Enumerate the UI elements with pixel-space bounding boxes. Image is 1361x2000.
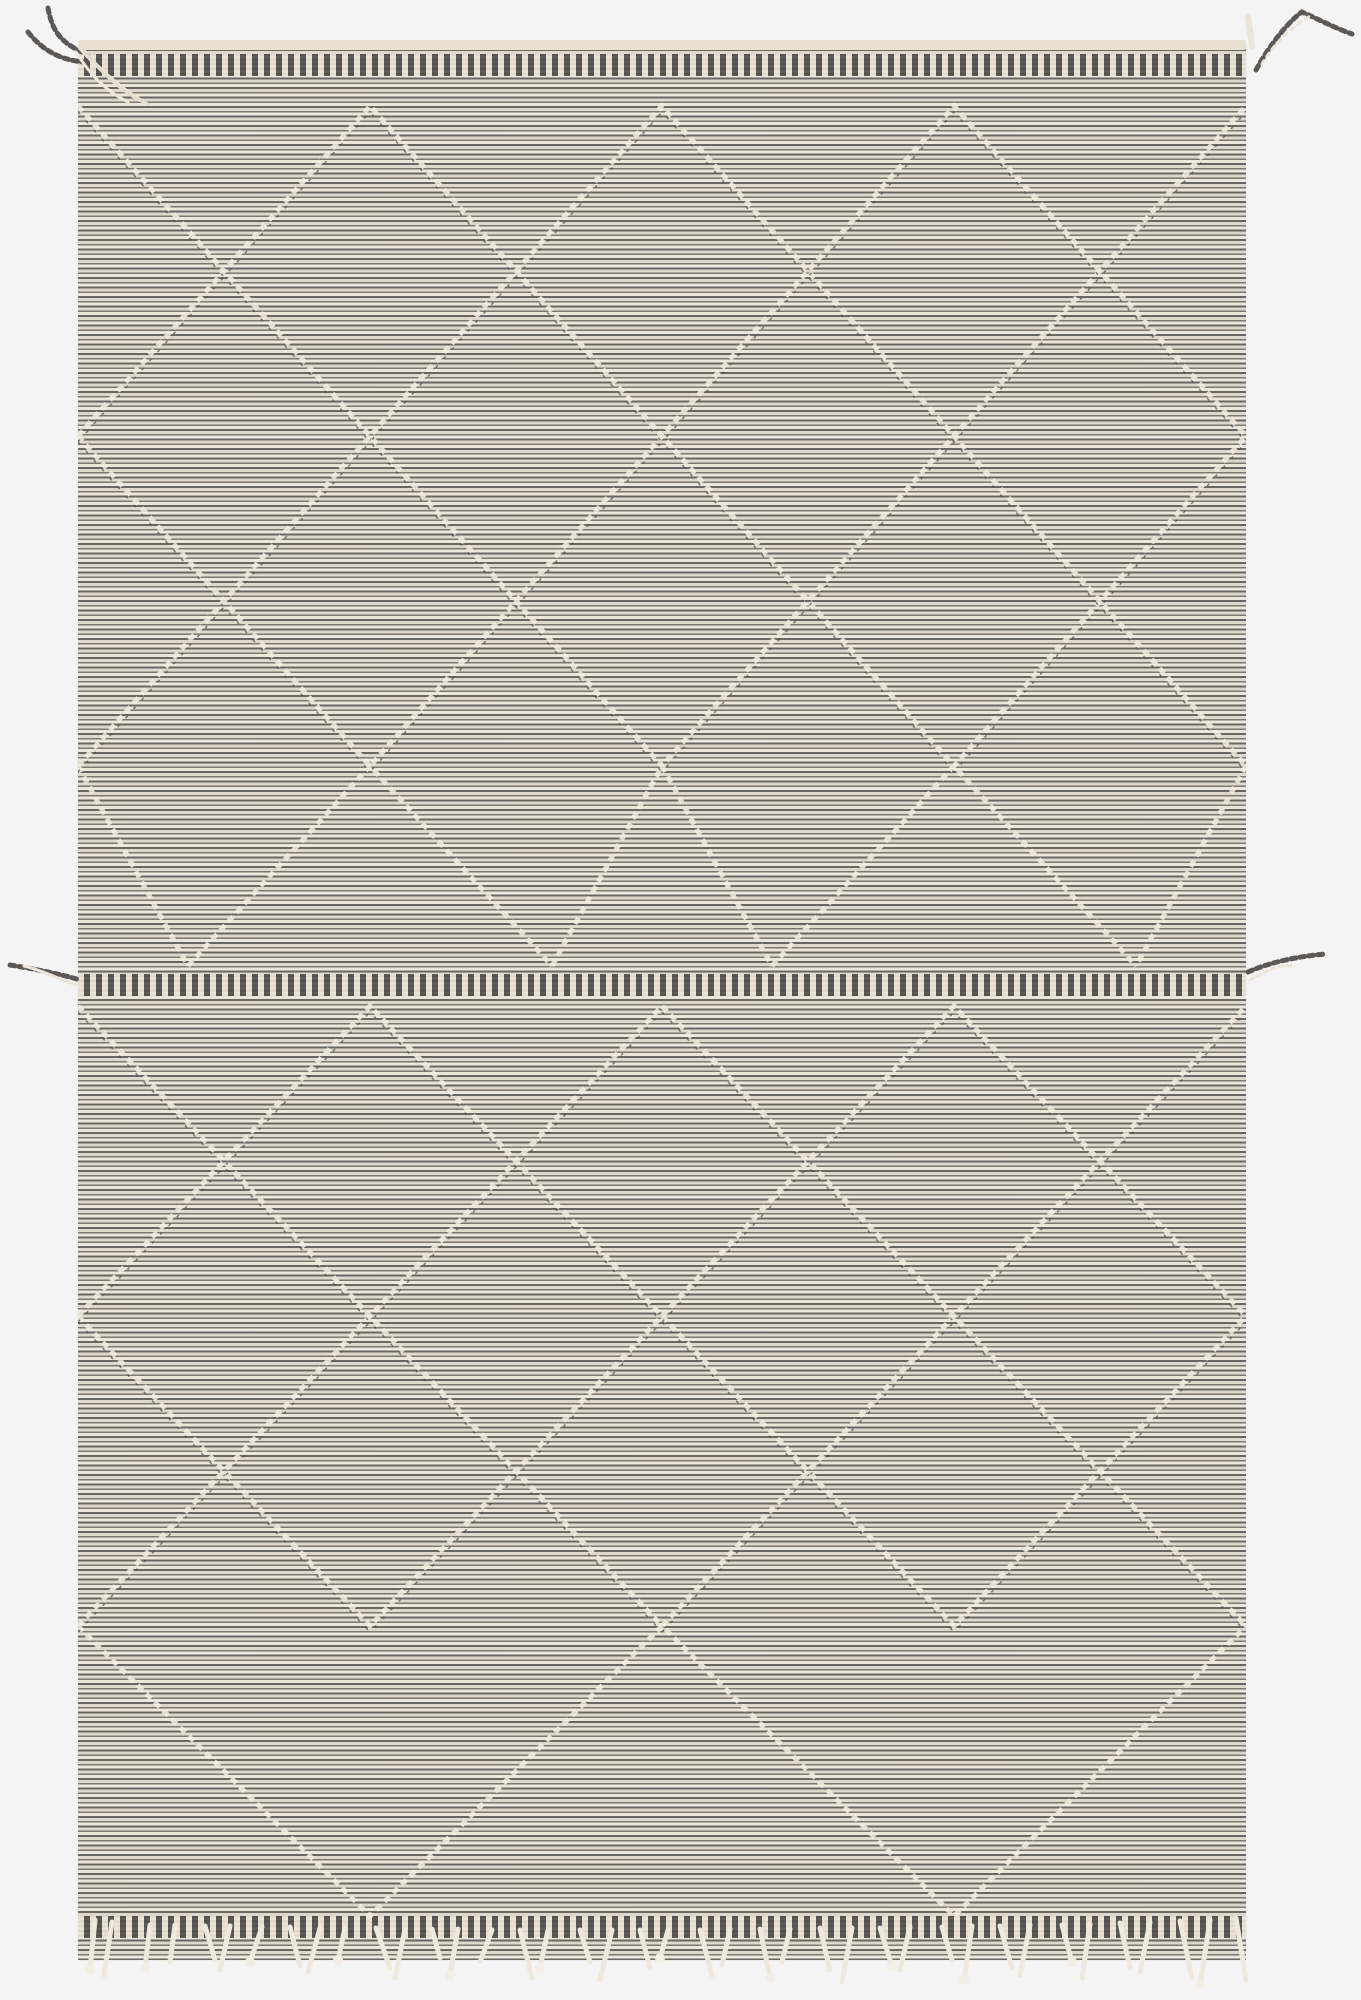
diamond-lattice-pattern [78, 46, 1246, 1960]
rug [78, 46, 1246, 1960]
left-middle-tie [10, 965, 80, 986]
top-right-tie [1248, 12, 1352, 70]
right-middle-tie [1248, 954, 1326, 980]
photo-background [0, 0, 1361, 2000]
